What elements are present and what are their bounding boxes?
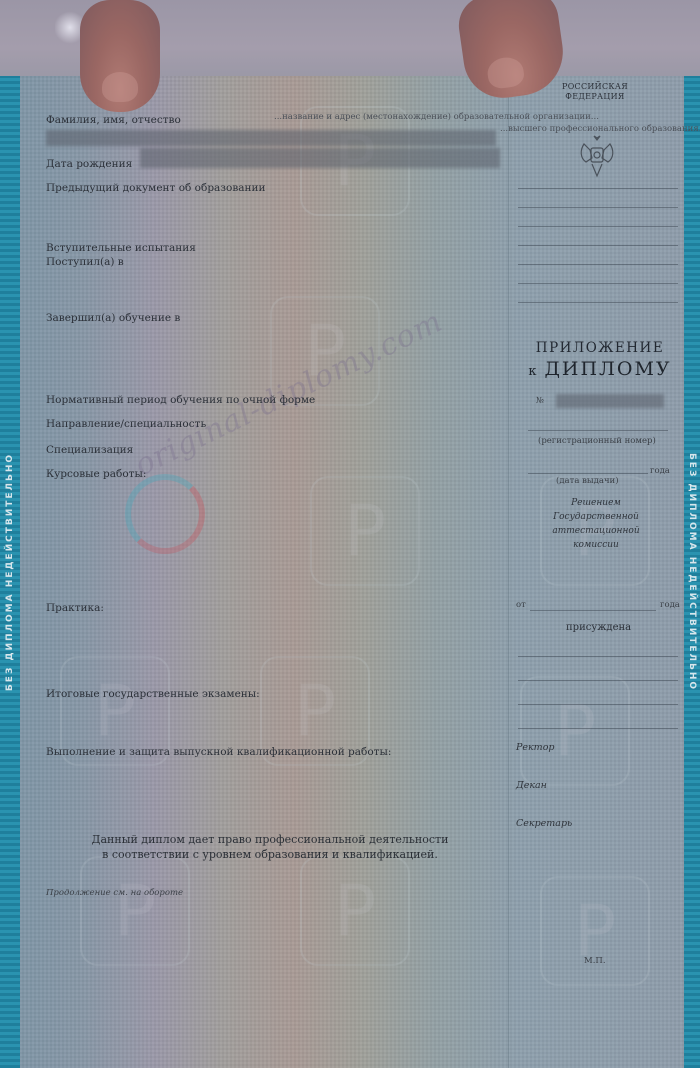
issue-date-caption: (дата выдачи) [556, 476, 619, 486]
security-strip-right: БЕЗ ДИПЛОМА НЕДЕЙСТВИТЕЛЬНО [684, 76, 700, 1068]
issue-date-line [528, 473, 648, 474]
state-title: РОССИЙСКАЯ ФЕДЕРАЦИЯ [560, 82, 630, 102]
security-strip-left: БЕЗ ДИПЛОМА НЕДЕЙСТВИТЕЛЬНО [0, 76, 20, 1068]
fingernail [102, 72, 138, 102]
form-line [518, 680, 678, 681]
appendix-title-line2: кДИПЛОМУ [520, 358, 680, 380]
birth-date-label: Дата рождения [46, 158, 132, 170]
form-line [518, 704, 678, 705]
coursework-label: Курсовые работы: [46, 468, 146, 480]
normative-period-label: Нормативный период обучения по очной фор… [46, 394, 315, 406]
appendix-title: ПРИЛОЖЕНИЕ кДИПЛОМУ [520, 340, 680, 380]
institution-note-line2: ...высшего профессионального образования… [500, 124, 700, 134]
state-exams-label: Итоговые государственные экзамены: [46, 688, 260, 700]
rf-watermark-icon: Р [520, 676, 630, 786]
prev-document-label: Предыдущий документ об образовании [46, 182, 266, 194]
rf-watermark-icon: Р [80, 856, 190, 966]
fio-label: Фамилия, имя, отчество [46, 114, 181, 126]
form-line [518, 188, 678, 189]
awarded-label: присуждена [566, 622, 631, 633]
form-line [518, 302, 678, 303]
emblem-icon [576, 134, 618, 180]
direction-label: Направление/специальность [46, 418, 206, 430]
diploma-supplement-sheet: БЕЗ ДИПЛОМА НЕДЕЙСТВИТЕЛЬНО БЕЗ ДИПЛОМА … [0, 76, 700, 1068]
thesis-label: Выполнение и защита выпускной квалификац… [46, 746, 391, 758]
appendix-title-line1: ПРИЛОЖЕНИЕ [520, 340, 680, 356]
continued-note: Продолжение см. на обороте [46, 888, 183, 898]
practice-label: Практика: [46, 602, 104, 614]
rector-label: Ректор [516, 742, 555, 753]
fingernail [486, 55, 526, 90]
form-line [518, 728, 678, 729]
seal-label: М.П. [584, 956, 606, 966]
number-value-redacted [556, 394, 664, 408]
institution-note-line1: ...название и адрес (местонахождение) об… [274, 112, 599, 122]
column-divider [508, 76, 509, 1068]
form-line [518, 207, 678, 208]
security-strip-text: БЕЗ ДИПЛОМА НЕДЕЙСТВИТЕЛЬНО [687, 453, 697, 691]
entrance-tests-label: Вступительные испытания [46, 242, 196, 254]
year-suffix-2: года [660, 600, 680, 610]
year-suffix: года [650, 466, 670, 476]
form-line [518, 226, 678, 227]
number-label: № [536, 396, 544, 406]
security-strip-text: БЕЗ ДИПЛОМА НЕДЕЙСТВИТЕЛЬНО [5, 453, 15, 691]
commission-date-line [530, 610, 656, 611]
rf-watermark-icon: Р [300, 856, 410, 966]
rf-watermark-icon: Р [310, 476, 420, 586]
fio-value-redacted [46, 130, 496, 146]
reg-number-line [528, 430, 668, 431]
watermark-logo-icon [125, 474, 205, 554]
form-line [518, 264, 678, 265]
specialization-label: Специализация [46, 444, 133, 456]
form-line [518, 283, 678, 284]
commission-text: Решением Государственной аттестационной … [536, 496, 656, 552]
enrolled-label: Поступил(а) в [46, 256, 124, 268]
dean-label: Декан [516, 780, 547, 791]
birth-date-redacted [140, 148, 500, 168]
secretary-label: Секретарь [516, 818, 572, 829]
rights-notice: Данный диплом дает право профессионально… [60, 832, 480, 862]
finger-left [80, 0, 160, 112]
completed-label: Завершил(а) обучение в [46, 312, 180, 324]
rf-watermark-icon: Р [540, 876, 650, 986]
reg-number-caption: (регистрационный номер) [538, 436, 656, 446]
from-label: от [516, 600, 526, 610]
form-line [518, 656, 678, 657]
form-line [518, 245, 678, 246]
